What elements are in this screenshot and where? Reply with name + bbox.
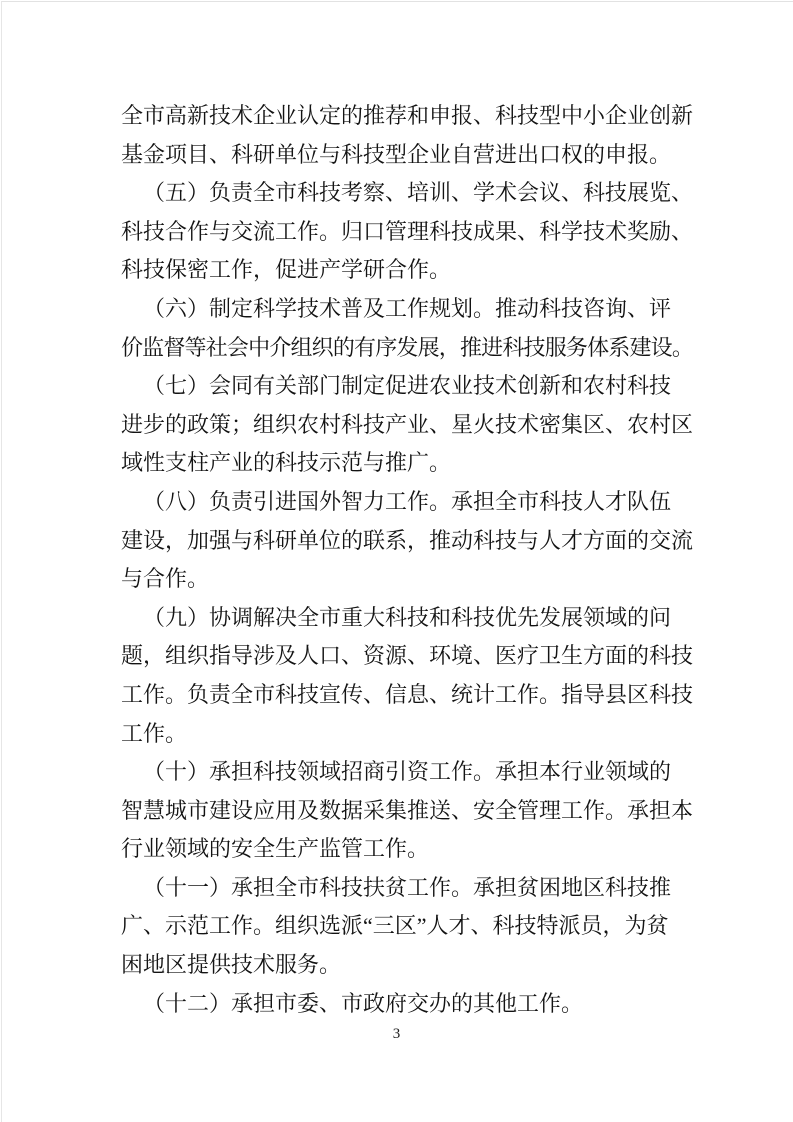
text-line: （八）负责引进国外智力工作。承担全市科技人才队伍 bbox=[121, 483, 693, 522]
text-line: 科技合作与交流工作。归口管理科技成果、科学技术奖励、 bbox=[121, 213, 693, 252]
page-number: 3 bbox=[0, 1026, 793, 1042]
text-line: 困地区提供技术服务。 bbox=[121, 946, 693, 985]
document-page: 全市高新技术企业认定的推荐和申报、科技型中小企业创新基金项目、科研单位与科技型企… bbox=[0, 0, 793, 1122]
text-line: （五）负责全市科技考察、培训、学术会议、科技展览、 bbox=[121, 174, 693, 213]
text-line: 进步的政策；组织农村科技产业、星火技术密集区、农村区 bbox=[121, 406, 693, 445]
document-body: 全市高新技术企业认定的推荐和申报、科技型中小企业创新基金项目、科研单位与科技型企… bbox=[121, 97, 693, 1023]
text-line: 行业领域的安全生产监管工作。 bbox=[121, 830, 693, 869]
text-line: （十二）承担市委、市政府交办的其他工作。 bbox=[121, 985, 693, 1024]
text-line: 广、示范工作。组织选派“三区”人才、科技特派员，为贫 bbox=[121, 907, 693, 946]
text-line: 工作。负责全市科技宣传、信息、统计工作。指导县区科技 bbox=[121, 676, 693, 715]
text-line: （九）协调解决全市重大科技和科技优先发展领域的问 bbox=[121, 599, 693, 638]
text-line: 建设，加强与科研单位的联系，推动科技与人才方面的交流 bbox=[121, 522, 693, 561]
text-line: 域性支柱产业的科技示范与推广。 bbox=[121, 444, 693, 483]
text-line: （十一）承担全市科技扶贫工作。承担贫困地区科技推 bbox=[121, 869, 693, 908]
text-line: （六）制定科学技术普及工作规划。推动科技咨询、评 bbox=[121, 290, 693, 329]
text-line: 题，组织指导涉及人口、资源、环境、医疗卫生方面的科技 bbox=[121, 637, 693, 676]
text-line: 与合作。 bbox=[121, 560, 693, 599]
text-line: （七）会同有关部门制定促进农业技术创新和农村科技 bbox=[121, 367, 693, 406]
text-line: 基金项目、科研单位与科技型企业自营进出口权的申报。 bbox=[121, 136, 693, 175]
text-line: 科技保密工作，促进产学研合作。 bbox=[121, 251, 693, 290]
text-line: 价监督等社会中介组织的有序发展，推进科技服务体系建设。 bbox=[121, 329, 693, 368]
text-line: 全市高新技术企业认定的推荐和申报、科技型中小企业创新 bbox=[121, 97, 693, 136]
text-line: （十）承担科技领域招商引资工作。承担本行业领域的 bbox=[121, 753, 693, 792]
text-line: 智慧城市建设应用及数据采集推送、安全管理工作。承担本 bbox=[121, 792, 693, 831]
text-line: 工作。 bbox=[121, 715, 693, 754]
